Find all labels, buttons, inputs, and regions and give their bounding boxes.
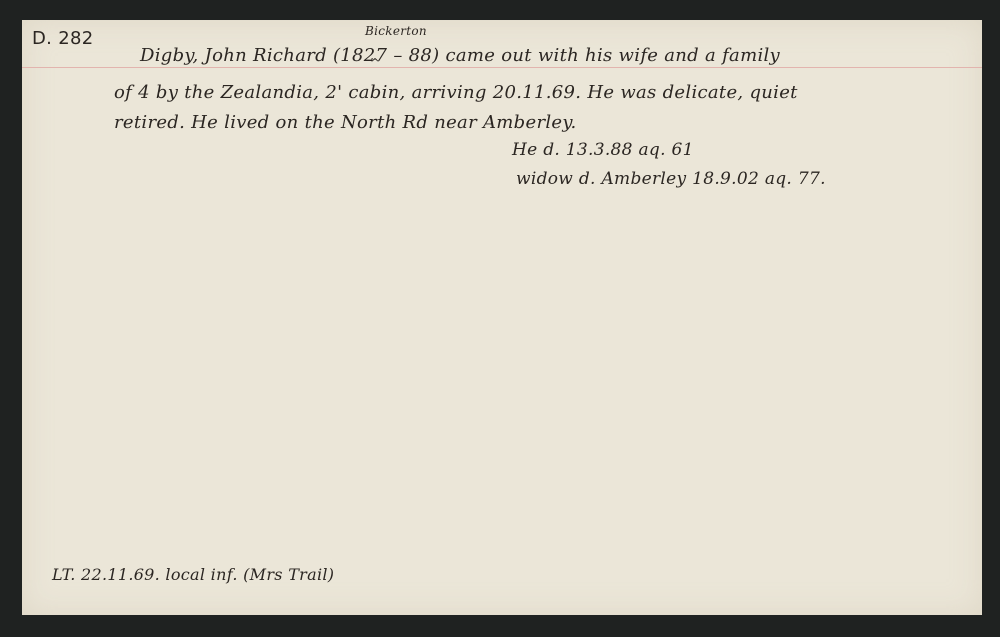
index-card: D. 282 Bickerton ^ Digby, John Richard (… (22, 20, 982, 615)
entry-line-3: retired. He lived on the North Rd near A… (114, 112, 576, 133)
entry-line-2: of 4 by the Zealandia, 2' cabin, arrivin… (114, 82, 798, 103)
card-reference-number: D. 282 (32, 28, 93, 49)
source-footer: LT. 22.11.69. local inf. (Mrs Trail) (52, 565, 334, 584)
death-entry: He d. 13.3.88 aq. 61 (512, 140, 694, 160)
entry-line-1: Digby, John Richard (1827 – 88) came out… (140, 45, 780, 66)
interlinear-insert: Bickerton (365, 24, 427, 38)
red-rule-line (22, 67, 982, 68)
widow-death-entry: widow d. Amberley 18.9.02 aq. 77. (516, 169, 826, 189)
